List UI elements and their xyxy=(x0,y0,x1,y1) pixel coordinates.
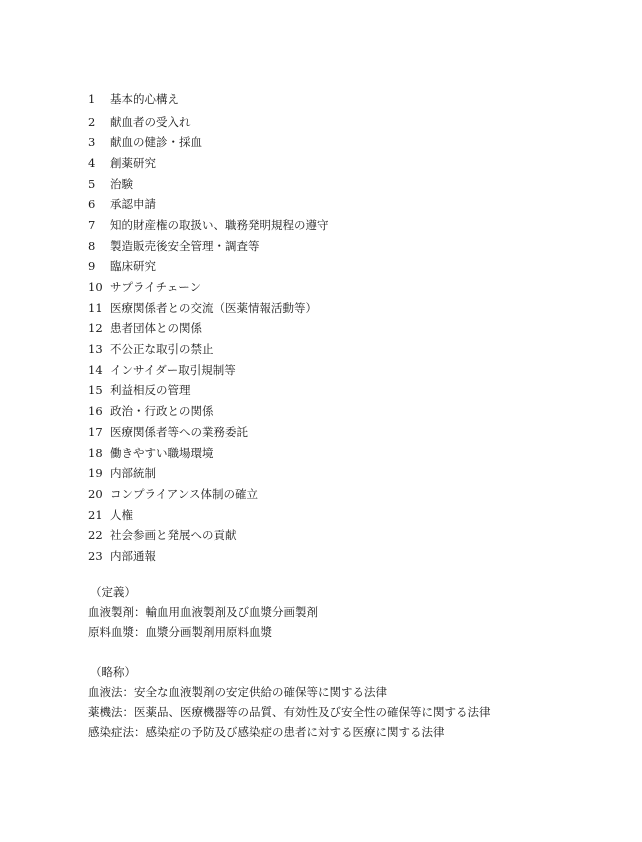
toc-number: 8 xyxy=(88,238,110,259)
toc-label: 医療関係者との交流（医薬情報活動等） xyxy=(110,300,317,321)
toc-item: 1基本的心構え xyxy=(88,91,329,114)
toc-item: 23内部通報 xyxy=(88,548,329,569)
abbreviation-line: 血液法：安全な血液製剤の安定供給の確保等に関する法律 xyxy=(88,684,491,704)
toc-number: 15 xyxy=(88,382,110,403)
toc-number: 7 xyxy=(88,217,110,238)
toc-item: 16政治・行政との関係 xyxy=(88,403,329,424)
toc-label: 政治・行政との関係 xyxy=(110,403,214,424)
toc-number: 13 xyxy=(88,341,110,362)
toc-number: 16 xyxy=(88,403,110,424)
definitions-heading: （定義） xyxy=(88,584,318,604)
toc-label: 承認申請 xyxy=(110,196,156,217)
abbreviation-line: 感染症法：感染症の予防及び感染症の患者に対する医療に関する法律 xyxy=(88,724,491,744)
toc-item: 15利益相反の管理 xyxy=(88,382,329,403)
toc-item: 8製造販売後安全管理・調査等 xyxy=(88,238,329,259)
toc-label: インサイダー取引規制等 xyxy=(110,362,236,383)
toc-item: 2献血者の受入れ xyxy=(88,114,329,135)
toc-label: 医療関係者等への業務委託 xyxy=(110,424,248,445)
toc-number: 17 xyxy=(88,424,110,445)
toc-label: 献血者の受入れ xyxy=(110,114,191,135)
toc-item: 22社会参画と発展への貢献 xyxy=(88,527,329,548)
abbreviations-heading: （略称） xyxy=(88,664,491,684)
toc-item: 3献血の健診・採血 xyxy=(88,134,329,155)
toc-label: 内部統制 xyxy=(110,465,156,486)
definition-line: 血液製剤：輸血用血液製剤及び血漿分画製剤 xyxy=(88,604,318,624)
definitions-section: （定義） 血液製剤：輸血用血液製剤及び血漿分画製剤 原料血漿：血漿分画製剤用原料… xyxy=(88,584,318,644)
abbreviations-section: （略称） 血液法：安全な血液製剤の安定供給の確保等に関する法律 薬機法：医薬品、… xyxy=(88,664,491,744)
toc-label: 基本的心構え xyxy=(110,91,179,114)
table-of-contents: 1基本的心構え 2献血者の受入れ 3献血の健診・採血 4創薬研究 5治験 6承認… xyxy=(88,91,329,569)
toc-number: 19 xyxy=(88,465,110,486)
toc-number: 21 xyxy=(88,507,110,528)
toc-label: 働きやすい職場環境 xyxy=(110,445,214,466)
toc-number: 22 xyxy=(88,527,110,548)
toc-number: 18 xyxy=(88,445,110,466)
toc-number: 5 xyxy=(88,176,110,197)
toc-number: 2 xyxy=(88,114,110,135)
toc-number: 14 xyxy=(88,362,110,383)
toc-label: コンプライアンス体制の確立 xyxy=(110,486,258,507)
toc-label: 創薬研究 xyxy=(110,155,156,176)
toc-number: 9 xyxy=(88,258,110,279)
toc-label: サプライチェーン xyxy=(110,279,201,300)
toc-label: 患者団体との関係 xyxy=(110,320,202,341)
toc-label: 社会参画と発展への貢献 xyxy=(110,527,237,548)
toc-label: 利益相反の管理 xyxy=(110,382,191,403)
toc-number: 11 xyxy=(88,300,110,321)
toc-item: 18働きやすい職場環境 xyxy=(88,445,329,466)
toc-label: 治験 xyxy=(110,176,133,197)
toc-label: 製造販売後安全管理・調査等 xyxy=(110,238,260,259)
abbreviation-line: 薬機法：医薬品、医療機器等の品質、有効性及び安全性の確保等に関する法律 xyxy=(88,704,491,724)
toc-item: 7知的財産権の取扱い、職務発明規程の遵守 xyxy=(88,217,329,238)
toc-number: 20 xyxy=(88,486,110,507)
toc-item: 11医療関係者との交流（医薬情報活動等） xyxy=(88,300,329,321)
toc-label: 知的財産権の取扱い、職務発明規程の遵守 xyxy=(110,217,329,238)
toc-label: 内部通報 xyxy=(110,548,156,569)
toc-item: 10サプライチェーン xyxy=(88,279,329,300)
toc-label: 献血の健診・採血 xyxy=(110,134,202,155)
toc-number: 12 xyxy=(88,320,110,341)
toc-item: 6承認申請 xyxy=(88,196,329,217)
toc-number: 23 xyxy=(88,548,110,569)
toc-number: 10 xyxy=(88,279,110,300)
definition-line: 原料血漿：血漿分画製剤用原料血漿 xyxy=(88,624,318,644)
toc-number: 6 xyxy=(88,196,110,217)
toc-item: 12患者団体との関係 xyxy=(88,320,329,341)
toc-item: 20コンプライアンス体制の確立 xyxy=(88,486,329,507)
toc-number: 3 xyxy=(88,134,110,155)
toc-item: 17医療関係者等への業務委託 xyxy=(88,424,329,445)
toc-item: 13不公正な取引の禁止 xyxy=(88,341,329,362)
toc-item: 5治験 xyxy=(88,176,329,197)
toc-item: 9臨床研究 xyxy=(88,258,329,279)
toc-item: 4創薬研究 xyxy=(88,155,329,176)
toc-item: 14インサイダー取引規制等 xyxy=(88,362,329,383)
toc-label: 不公正な取引の禁止 xyxy=(110,341,214,362)
toc-label: 人権 xyxy=(110,507,133,528)
toc-label: 臨床研究 xyxy=(110,258,156,279)
toc-item: 21人権 xyxy=(88,507,329,528)
toc-number: 1 xyxy=(88,91,110,114)
toc-number: 4 xyxy=(88,155,110,176)
toc-item: 19内部統制 xyxy=(88,465,329,486)
